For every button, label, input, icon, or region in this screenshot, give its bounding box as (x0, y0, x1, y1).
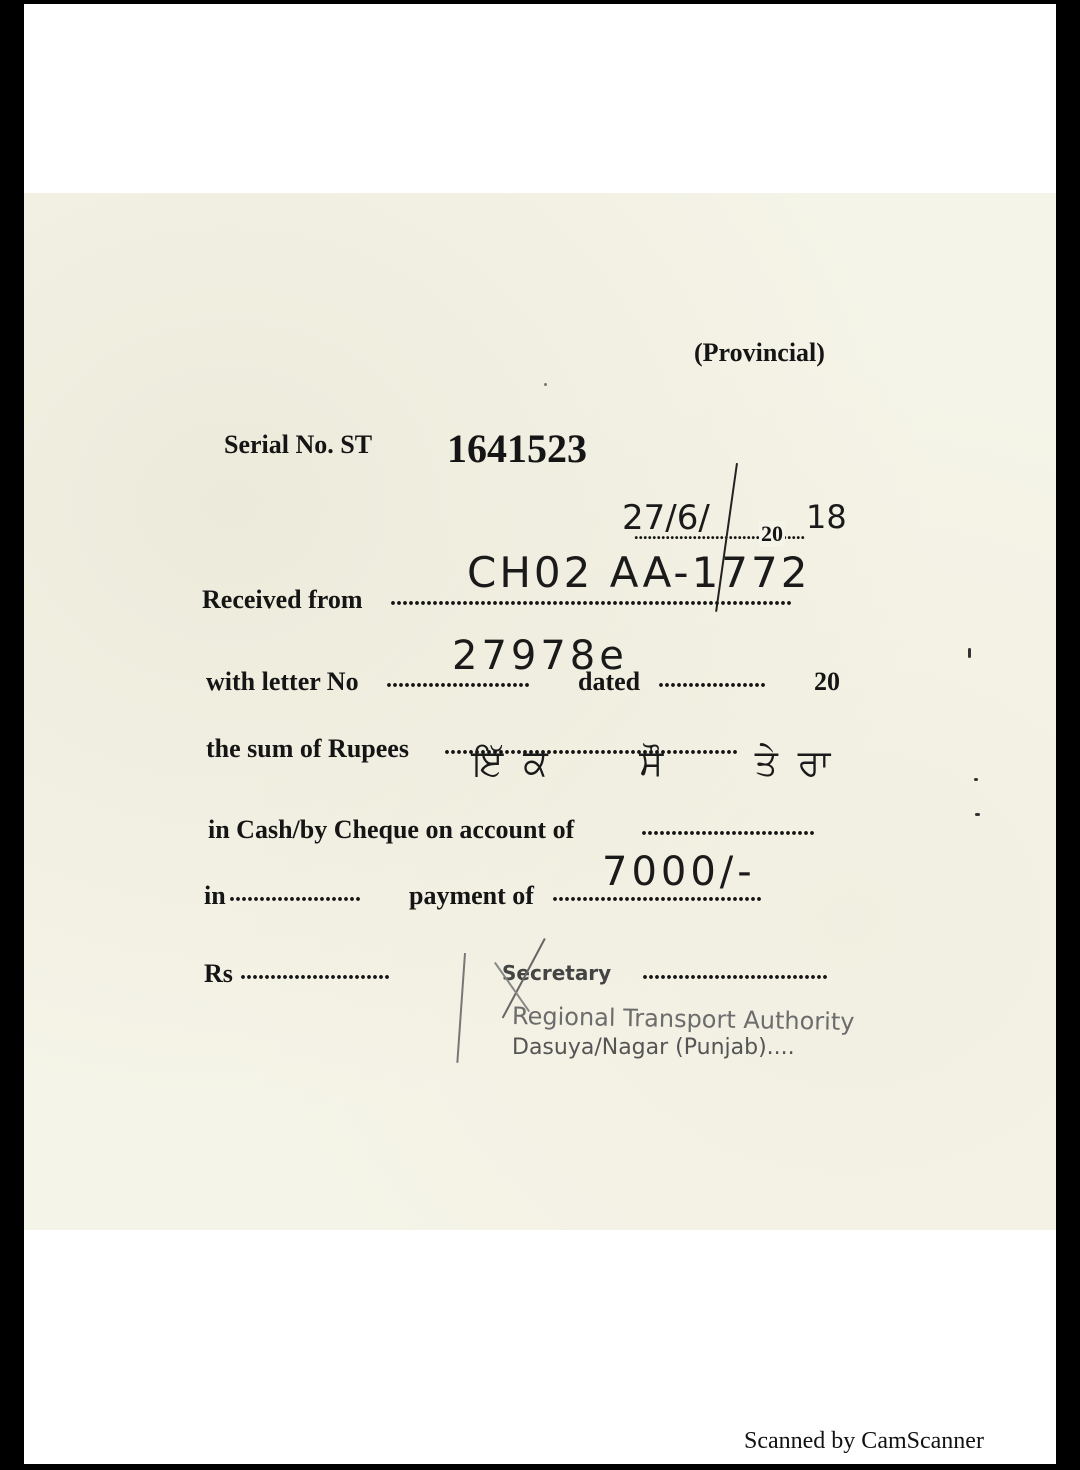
receipt-type-label: (Provincial) (694, 338, 825, 368)
received-from-value: CH02 AA-1772 (467, 548, 810, 597)
dated-label: dated (578, 667, 640, 697)
scan-speck (974, 778, 978, 781)
serial-label: Serial No. ST (224, 430, 372, 460)
rs-label: Rs (204, 959, 233, 989)
account-label: in Cash/by Cheque on account of (208, 815, 574, 845)
serial-number: 1641523 (447, 425, 587, 472)
letter-no-label: with letter No (206, 667, 359, 697)
dated-dots: .................. (658, 667, 766, 694)
scan-speck (975, 813, 980, 816)
stamp-line-location: Dasuya/Nagar (Punjab).... (512, 1035, 795, 1060)
scanner-watermark: Scanned by CamScanner (744, 1428, 984, 1455)
dated-year-label: 20 (814, 667, 840, 697)
received-from-label: Received from (202, 585, 363, 615)
receipt-paper: (Provincial) Serial No. ST 1641523 27/6/… (24, 193, 1056, 1230)
scanned-page: (Provincial) Serial No. ST 1641523 27/6/… (24, 4, 1056, 1464)
scan-speck (544, 383, 547, 386)
scan-speck (968, 648, 971, 658)
payment-value: 7000/- (602, 849, 756, 895)
rs-dots: ......................... (240, 959, 390, 986)
signatory-title: Secretary (502, 961, 611, 985)
sum-label: the sum of Rupees (206, 734, 409, 764)
payment-in-dots: ...................... (229, 881, 361, 908)
payment-of-label: payment of (409, 881, 534, 911)
handwritten-year: 18 (806, 498, 847, 536)
signatory-dots: ............................... (642, 959, 828, 986)
payment-in-label: in (204, 881, 226, 911)
stamp-line-authority: Regional Transport Authority (512, 1002, 855, 1036)
sum-in-words: ਇੱਕ ਸੌ ਤੇਰਾ (472, 743, 850, 785)
date-year-prefix: 20 (759, 521, 785, 547)
signature-stroke (456, 953, 466, 1063)
account-dots: ............................. (641, 815, 815, 842)
